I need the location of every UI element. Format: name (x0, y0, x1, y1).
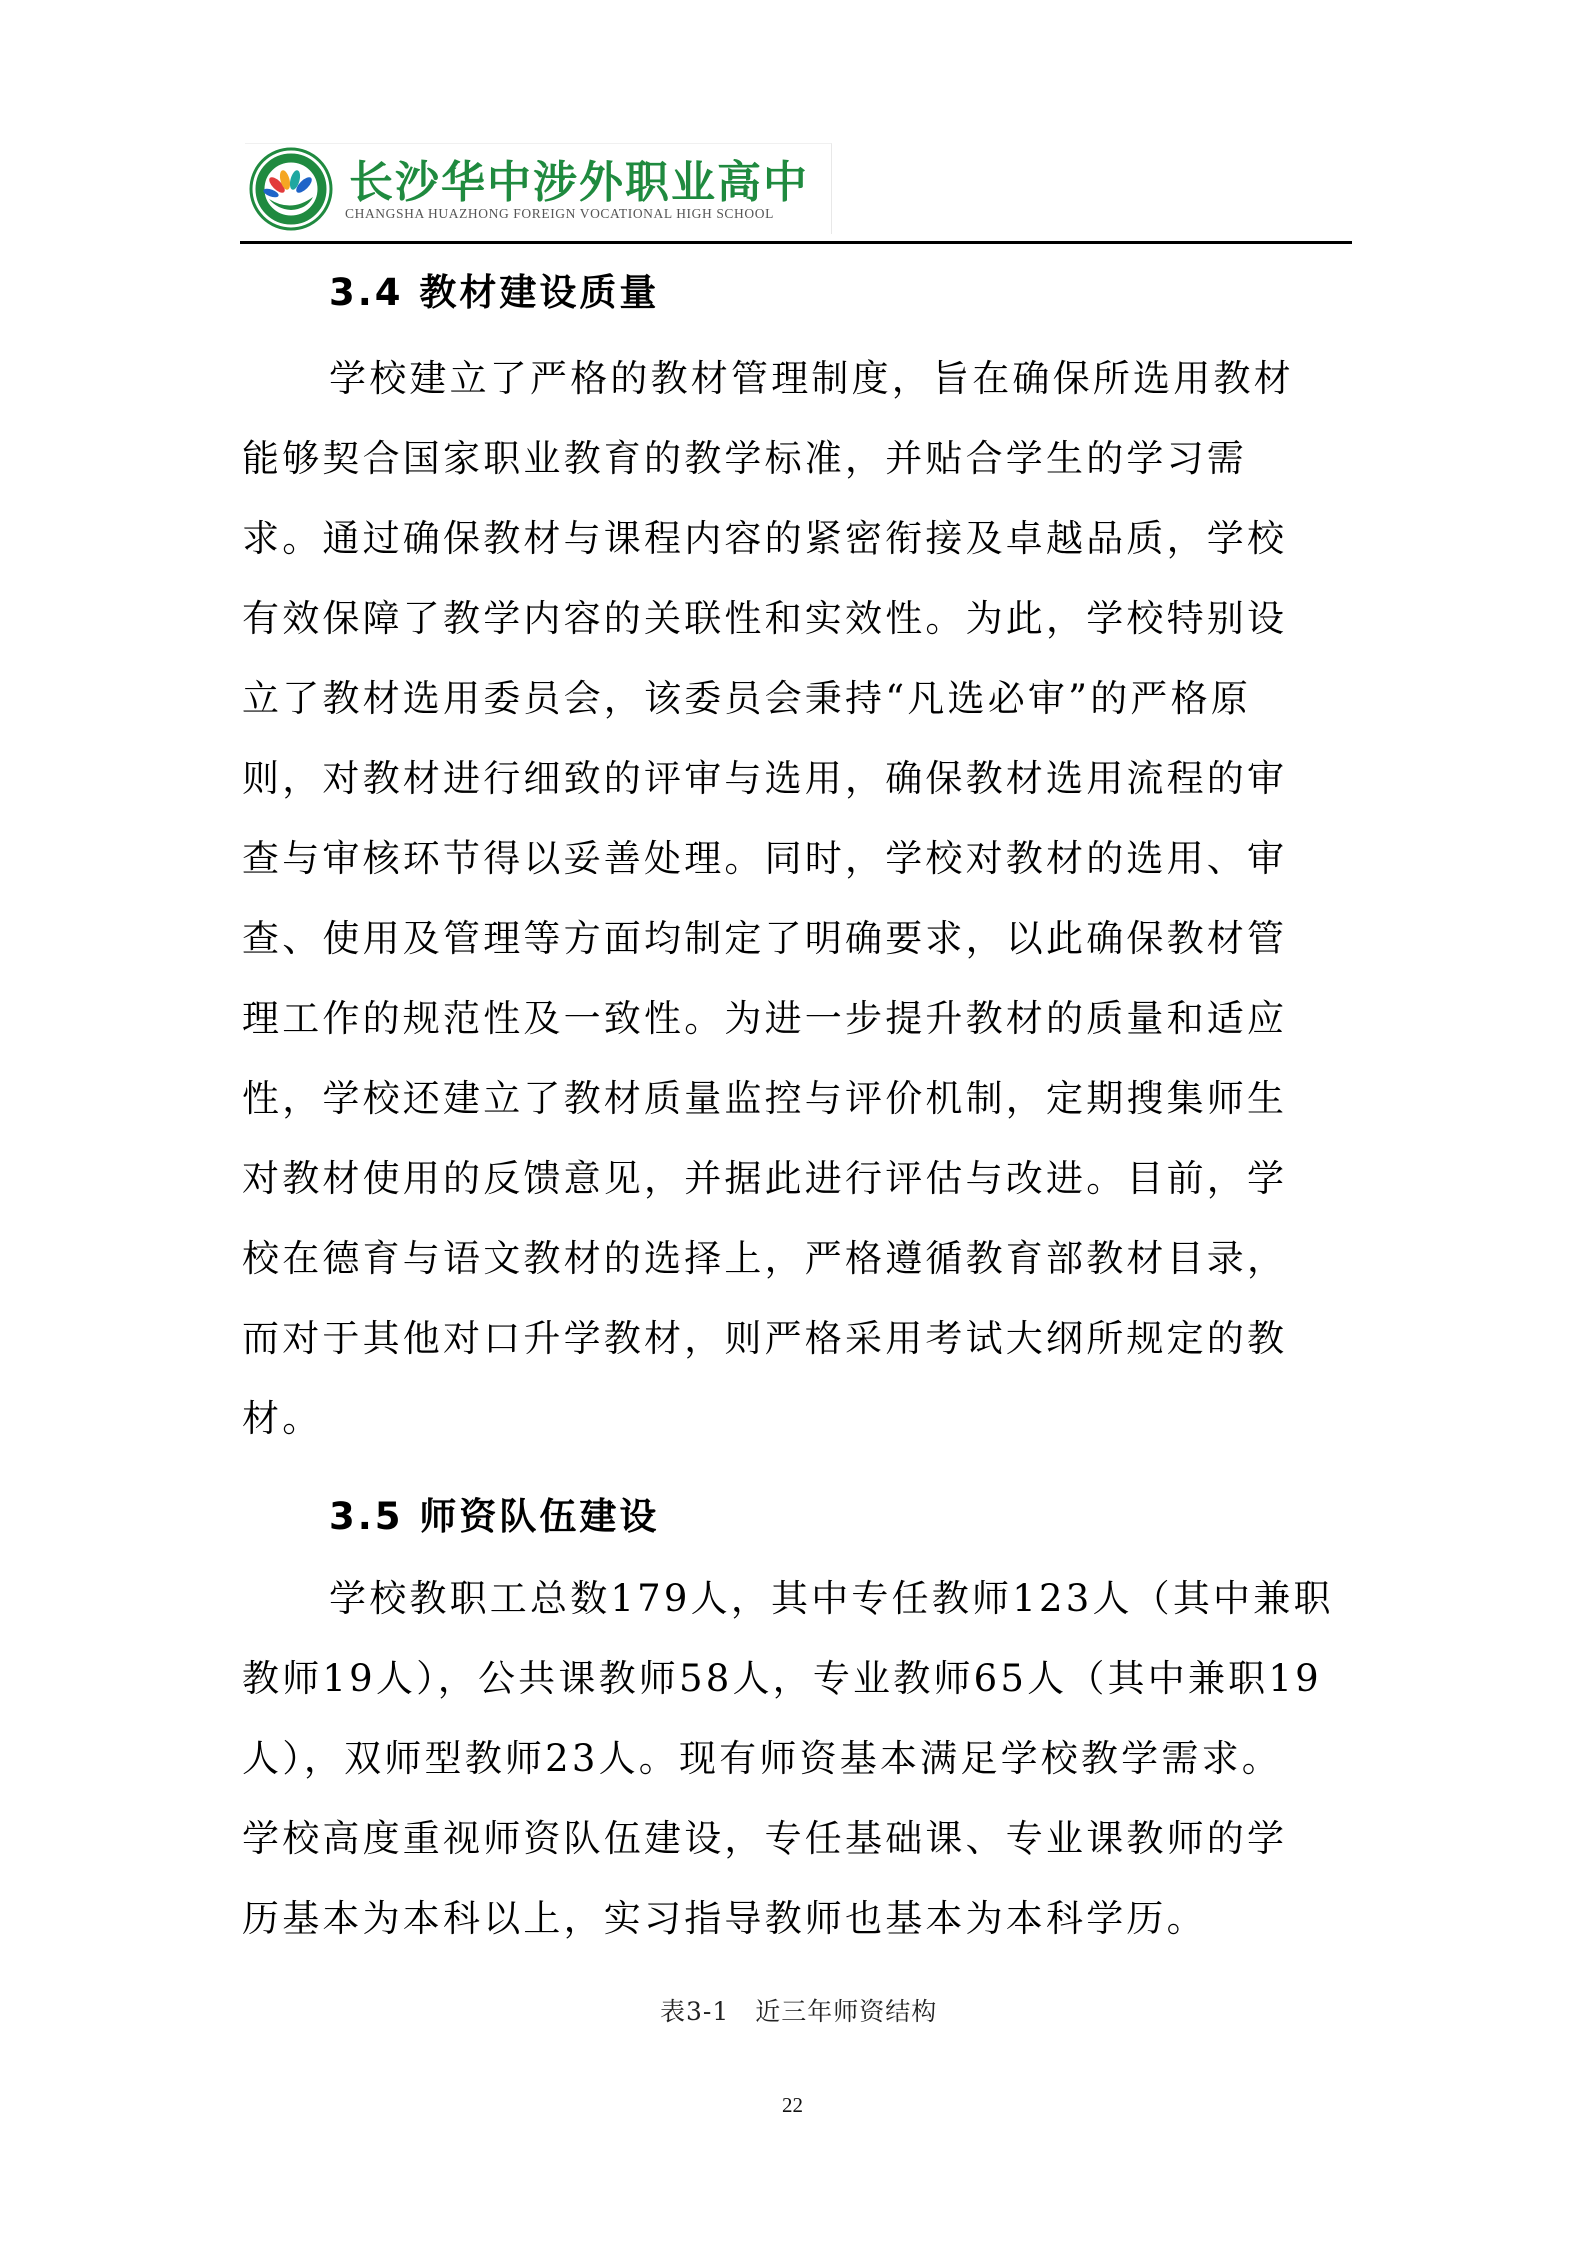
paragraph-line: 材。 (242, 1400, 322, 1437)
letterhead: 长沙华中涉外职业高中 CHANGSHA HUAZHONG FOREIGN VOC… (245, 143, 832, 234)
paragraph-line: 求。通过确保教材与课程内容的紧密衔接及卓越品质，学校 (242, 520, 1287, 557)
school-name-cn: 长沙华中涉外职业高中 (349, 146, 809, 210)
document-page: 长沙华中涉外职业高中 CHANGSHA HUAZHONG FOREIGN VOC… (0, 0, 1587, 2245)
paragraph-line: 性，学校还建立了教材质量监控与评价机制，定期搜集师生 (242, 1080, 1287, 1117)
school-emblem-icon (249, 147, 333, 231)
paragraph-line: 学校建立了严格的教材管理制度，旨在确保所选用教材 (329, 360, 1294, 397)
paragraph-line: 则，对教材进行细致的评审与选用，确保教材选用流程的审 (242, 760, 1287, 797)
paragraph-line: 对教材使用的反馈意见，并据此进行评估与改进。目前，学 (242, 1160, 1287, 1197)
paragraph-line: 有效保障了教学内容的关联性和实效性。为此，学校特别设 (242, 600, 1287, 637)
paragraph-line: 能够契合国家职业教育的教学标准，并贴合学生的学习需 (242, 440, 1247, 477)
section-heading-3-5: 3.5 师资队伍建设 (329, 1486, 659, 1540)
paragraph-line: 学校教职工总数179人，其中专任教师123人（其中兼职 (329, 1580, 1334, 1617)
paragraph-line: 人），双师型教师23人。现有师资基本满足学校教学需求。 (242, 1740, 1282, 1777)
paragraph-line: 理工作的规范性及一致性。为进一步提升教材的质量和适应 (242, 1000, 1287, 1037)
header-divider (240, 241, 1352, 244)
paragraph-line: 校在德育与语文教材的选择上，严格遵循教育部教材目录， (242, 1240, 1287, 1277)
paragraph-line: 教师19人），公共课教师58人，专业教师65人（其中兼职19 (242, 1660, 1322, 1697)
paragraph-line: 历基本为本科以上，实习指导教师也基本为本科学历。 (242, 1900, 1207, 1937)
paragraph-line: 立了教材选用委员会，该委员会秉持“凡选必审”的严格原 (242, 680, 1251, 717)
section-heading-3-4: 3.4 教材建设质量 (329, 262, 659, 316)
paragraph-line: 学校高度重视师资队伍建设，专任基础课、专业课教师的学 (242, 1820, 1287, 1857)
paragraph-line: 查、使用及管理等方面均制定了明确要求，以此确保教材管 (242, 920, 1287, 957)
table-caption: 表3-1 近三年师资结构 (660, 1992, 937, 2028)
school-name-en: CHANGSHA HUAZHONG FOREIGN VOCATIONAL HIG… (345, 206, 774, 222)
paragraph-line: 而对于其他对口升学教材，则严格采用考试大纲所规定的教 (242, 1320, 1287, 1357)
page-number: 22 (782, 2093, 803, 2118)
paragraph-line: 查与审核环节得以妥善处理。同时，学校对教材的选用、审 (242, 840, 1287, 877)
